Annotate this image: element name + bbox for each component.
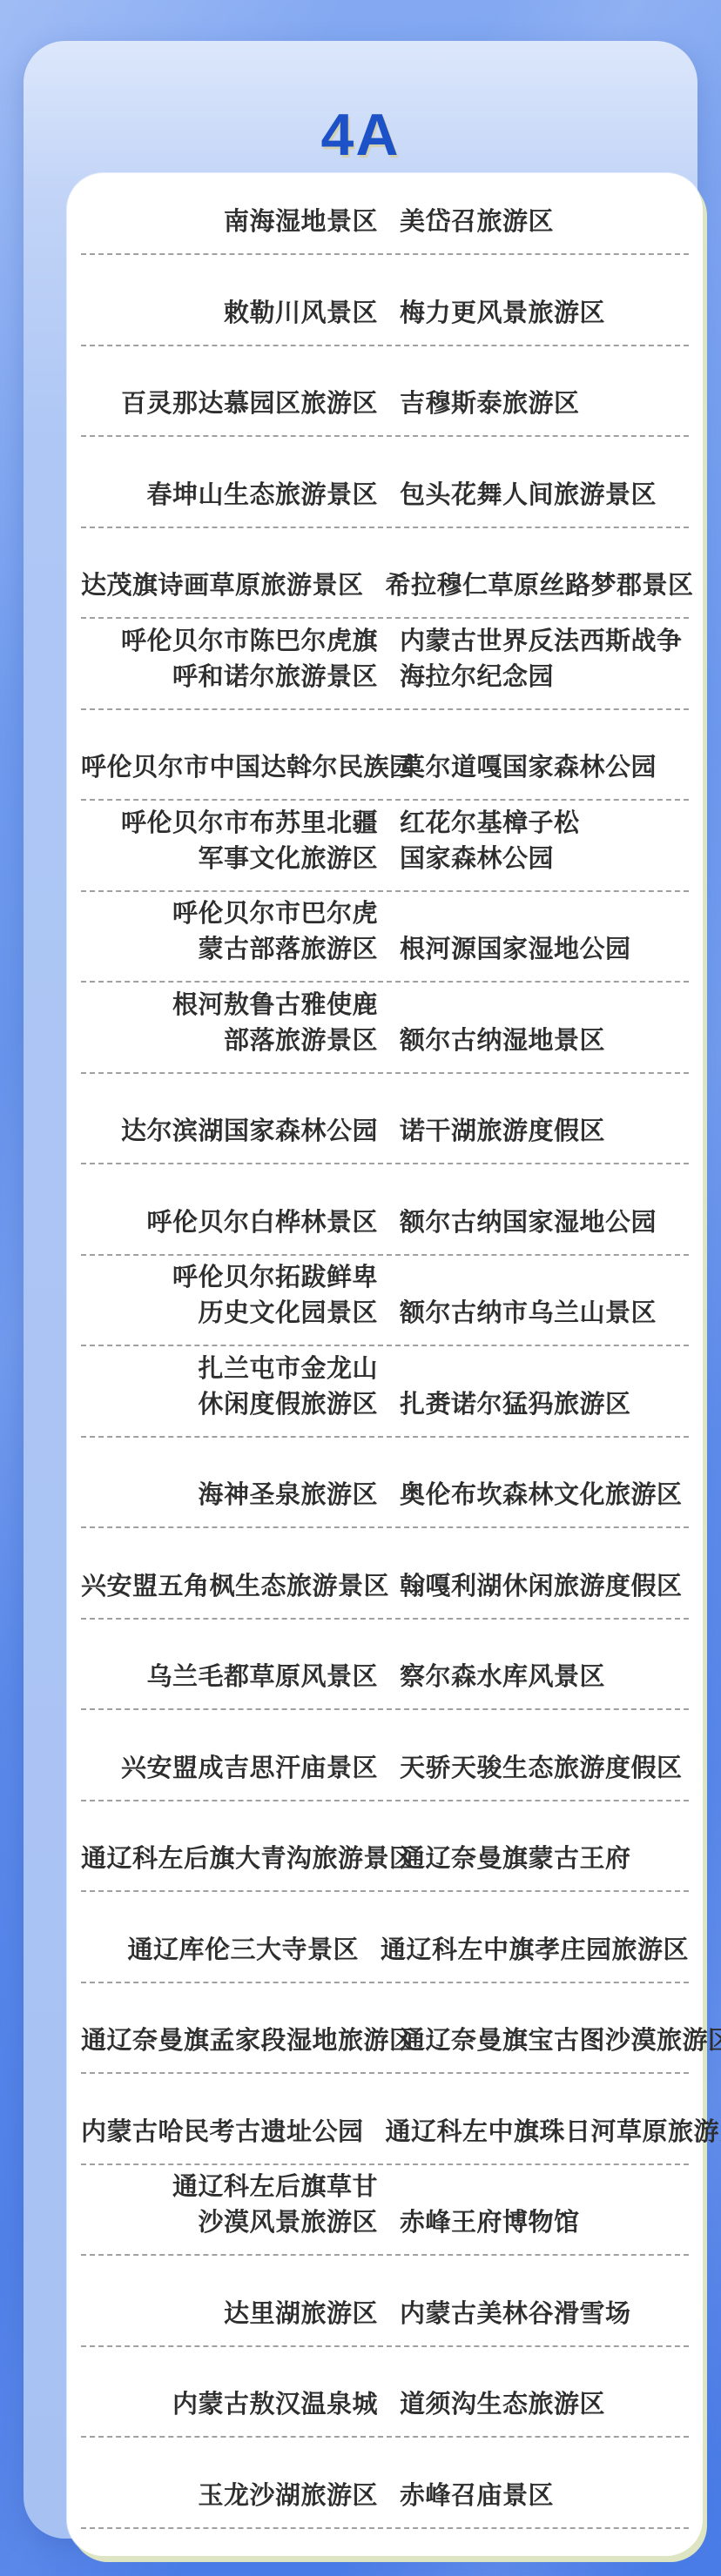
attraction-name-right: 翰嘎利湖休闲旅游度假区	[378, 1569, 689, 1605]
attraction-name-left: 呼伦贝尔拓跋鲜卑历史文化园景区	[81, 1260, 378, 1332]
attraction-name-left: 通辽库伦三大寺景区	[81, 1933, 359, 1969]
attraction-name-left: 呼伦贝尔市中国达斡尔民族园	[81, 750, 378, 786]
attraction-name: 诺干湖旅游度假区	[400, 1114, 689, 1150]
list-row: 通辽科左后旗大青沟旅游景区 通辽奈曼旗蒙古王府	[81, 1801, 689, 1893]
attraction-name: 根河源国家湿地公园	[400, 932, 689, 968]
list-row: 通辽库伦三大寺景区 通辽科左中旗孝庄园旅游区	[81, 1892, 689, 1983]
attraction-name: 内蒙古世界反法西斯战争	[400, 624, 689, 660]
attraction-name: 红花尔基樟子松	[400, 806, 689, 842]
attraction-name: 军事文化旅游区	[81, 842, 378, 877]
list-row: 百灵那达慕园区旅游区 吉穆斯泰旅游区	[81, 346, 689, 438]
attraction-name: 兴安盟五角枫生态旅游景区	[81, 1569, 378, 1605]
attraction-name-right: 内蒙古世界反法西斯战争海拉尔纪念园	[378, 624, 689, 695]
list-row: 南海湿地景区 美岱召旅游区	[81, 173, 689, 255]
attraction-name: 察尔森水库风景区	[400, 1660, 689, 1695]
attraction-name: 内蒙古美林谷滑雪场	[400, 2297, 689, 2332]
attraction-name-right: 道须沟生态旅游区	[378, 2387, 689, 2423]
page-title: 4A	[24, 104, 697, 166]
attraction-name: 春坤山生态旅游景区	[81, 478, 378, 513]
attraction-name: 呼和诺尔旅游景区	[81, 660, 378, 695]
attraction-name: 额尔古纳市乌兰山景区	[400, 1296, 689, 1332]
attraction-name-left: 内蒙古敖汉温泉城	[81, 2387, 378, 2423]
attraction-name: 蒙古部落旅游区	[81, 932, 378, 968]
attraction-name: 达尔滨湖国家森林公园	[81, 1114, 378, 1150]
attraction-name-right: 通辽奈曼旗蒙古王府	[378, 1841, 689, 1877]
attraction-name: 通辽库伦三大寺景区	[81, 1933, 359, 1969]
attraction-name-right: 天骄天骏生态旅游度假区	[378, 1751, 689, 1787]
attraction-name-right: 红花尔基樟子松国家森林公园	[378, 806, 689, 877]
attraction-name: 历史文化园景区	[81, 1296, 378, 1332]
attraction-name: 奥伦布坎森林文化旅游区	[400, 1478, 689, 1513]
attraction-name: 通辽科左中旗孝庄园旅游区	[381, 1933, 689, 1969]
attraction-name: 梅力更风景旅游区	[400, 296, 689, 332]
attraction-name-left: 兴安盟五角枫生态旅游景区	[81, 1569, 378, 1605]
attraction-name-right: 吉穆斯泰旅游区	[378, 386, 689, 422]
attraction-name-right: 察尔森水库风景区	[378, 1660, 689, 1695]
attraction-name-right: 梅力更风景旅游区	[378, 296, 689, 332]
attraction-name-right: 美岱召旅游区	[378, 205, 689, 240]
attraction-name-right: 额尔古纳国家湿地公园	[378, 1205, 689, 1241]
attraction-name: 包头花舞人间旅游景区	[400, 478, 689, 513]
attraction-name: 美岱召旅游区	[400, 205, 689, 240]
attraction-name-left: 达茂旗诗画草原旅游景区	[81, 568, 364, 604]
list-row: 通辽科左后旗草甘沙漠风景旅游区 赤峰王府博物馆	[81, 2165, 689, 2257]
list-row: 内蒙古哈民考古遗址公园 通辽科左中旗珠日河草原旅游区	[81, 2074, 689, 2165]
attraction-name-right: 奥伦布坎森林文化旅游区	[378, 1478, 689, 1513]
attraction-name-right: 额尔古纳湿地景区	[378, 1023, 689, 1059]
attraction-name: 扎兰屯市金龙山	[81, 1352, 378, 1387]
attraction-name: 海神圣泉旅游区	[81, 1478, 378, 1513]
attraction-name: 通辽科左中旗珠日河草原旅游区	[386, 2115, 721, 2150]
attraction-name: 呼伦贝尔市中国达斡尔民族园	[81, 750, 378, 786]
attraction-name: 莫尔道嘎国家森林公园	[400, 750, 689, 786]
attraction-name-left: 通辽科左后旗草甘沙漠风景旅游区	[81, 2170, 378, 2241]
attraction-name: 呼伦贝尔白桦林景区	[81, 1205, 378, 1241]
attraction-name: 翰嘎利湖休闲旅游度假区	[400, 1569, 689, 1605]
attraction-name: 呼伦贝尔市巴尔虎	[81, 896, 378, 932]
attraction-name-left: 敕勒川风景区	[81, 296, 378, 332]
attraction-name: 根河敖鲁古雅使鹿	[81, 988, 378, 1023]
list-row: 呼伦贝尔市陈巴尔虎旗呼和诺尔旅游景区 内蒙古世界反法西斯战争海拉尔纪念园	[81, 619, 689, 710]
list-row: 通辽奈曼旗孟家段湿地旅游区 通辽奈曼旗宝古图沙漠旅游区	[81, 1983, 689, 2075]
attraction-name: 额尔古纳湿地景区	[400, 1023, 689, 1059]
attraction-name: 通辽奈曼旗宝古图沙漠旅游区	[400, 2023, 721, 2059]
attraction-name: 内蒙古敖汉温泉城	[81, 2387, 378, 2423]
attraction-name: 休闲度假旅游区	[81, 1387, 378, 1423]
attraction-name: 额尔古纳国家湿地公园	[400, 1205, 689, 1241]
attraction-name-left: 百灵那达慕园区旅游区	[81, 386, 378, 422]
list-row: 呼伦贝尔市中国达斡尔民族园 莫尔道嘎国家森林公园	[81, 710, 689, 802]
attraction-name-right: 通辽奈曼旗宝古图沙漠旅游区	[378, 2023, 721, 2059]
attraction-name-right: 扎赉诺尔猛犸旅游区	[378, 1387, 689, 1423]
list-row: 呼伦贝尔白桦林景区 额尔古纳国家湿地公园	[81, 1164, 689, 1256]
attraction-name-right: 额尔古纳市乌兰山景区	[378, 1296, 689, 1332]
attraction-name-left: 南海湿地景区	[81, 205, 378, 240]
attraction-name-right: 包头花舞人间旅游景区	[378, 478, 689, 513]
list-row: 呼伦贝尔拓跋鲜卑历史文化园景区 额尔古纳市乌兰山景区	[81, 1256, 689, 1347]
list-row: 海神圣泉旅游区 奥伦布坎森林文化旅游区	[81, 1438, 689, 1529]
attraction-name: 道须沟生态旅游区	[400, 2387, 689, 2423]
attraction-name-left: 呼伦贝尔市陈巴尔虎旗呼和诺尔旅游景区	[81, 624, 378, 695]
list-row: 玉龙沙湖旅游区 赤峰召庙景区	[81, 2438, 689, 2529]
list-row: 达尔滨湖国家森林公园 诺干湖旅游度假区	[81, 1074, 689, 1165]
attraction-name: 通辽奈曼旗孟家段湿地旅游区	[81, 2023, 378, 2059]
attraction-list-card: 南海湿地景区 美岱召旅游区 敕勒川风景区 梅力更风景旅游区 百灵那达慕园区旅游区…	[67, 173, 703, 2556]
attraction-name-left: 根河敖鲁古雅使鹿部落旅游景区	[81, 988, 378, 1059]
attraction-name: 百灵那达慕园区旅游区	[81, 386, 378, 422]
content-panel: 4A 南海湿地景区 美岱召旅游区 敕勒川风景区 梅力更风景旅游区 百灵那达慕园区…	[24, 41, 697, 2539]
list-row: 达里湖旅游区 内蒙古美林谷滑雪场	[81, 2256, 689, 2347]
attraction-name-right: 诺干湖旅游度假区	[378, 1114, 689, 1150]
list-row: 根河敖鲁古雅使鹿部落旅游景区 额尔古纳湿地景区	[81, 983, 689, 1074]
attraction-name: 乌兰毛都草原风景区	[81, 1660, 378, 1695]
attraction-name-left: 玉龙沙湖旅游区	[81, 2479, 378, 2514]
attraction-name: 内蒙古哈民考古遗址公园	[81, 2115, 364, 2150]
attraction-name-left: 通辽奈曼旗孟家段湿地旅游区	[81, 2023, 378, 2059]
attraction-name-left: 呼伦贝尔市巴尔虎蒙古部落旅游区	[81, 896, 378, 968]
list-row: 内蒙古敖汉温泉城 道须沟生态旅游区	[81, 2347, 689, 2438]
attraction-name: 赤峰召庙景区	[400, 2479, 689, 2514]
attraction-name: 通辽科左后旗大青沟旅游景区	[81, 1841, 378, 1877]
attraction-rows: 南海湿地景区 美岱召旅游区 敕勒川风景区 梅力更风景旅游区 百灵那达慕园区旅游区…	[81, 173, 689, 2556]
attraction-name-left: 扎兰屯市金龙山休闲度假旅游区	[81, 1352, 378, 1423]
attraction-name: 沙漠风景旅游区	[81, 2205, 378, 2241]
attraction-name: 赤峰王府博物馆	[400, 2205, 689, 2241]
attraction-name: 扎赉诺尔猛犸旅游区	[400, 1387, 689, 1423]
attraction-name-left: 通辽科左后旗大青沟旅游景区	[81, 1841, 378, 1877]
list-row: 兴安盟成吉思汗庙景区 天骄天骏生态旅游度假区	[81, 1710, 689, 1801]
attraction-name: 玉龙沙湖旅游区	[81, 2479, 378, 2514]
attraction-name-left: 达里湖旅游区	[81, 2297, 378, 2332]
attraction-name-right: 赤峰召庙景区	[378, 2479, 689, 2514]
list-row: 敕勒川风景区 梅力更风景旅游区	[81, 255, 689, 346]
attraction-name: 呼伦贝尔市陈巴尔虎旗	[81, 624, 378, 660]
list-row: 呼伦贝尔市巴尔虎蒙古部落旅游区 根河源国家湿地公园	[81, 892, 689, 983]
list-row: 乌兰毛都草原风景区 察尔森水库风景区	[81, 1620, 689, 1711]
attraction-name-right: 通辽科左中旗孝庄园旅游区	[359, 1933, 689, 1969]
attraction-name-right: 莫尔道嘎国家森林公园	[378, 750, 689, 786]
page-background: { "page": { "title": "4A" }, "colors": {…	[0, 0, 721, 2576]
attraction-name: 敕勒川风景区	[81, 296, 378, 332]
attraction-name: 呼伦贝尔拓跋鲜卑	[81, 1260, 378, 1296]
attraction-name: 达里湖旅游区	[81, 2297, 378, 2332]
attraction-name-right: 赤峰王府博物馆	[378, 2205, 689, 2241]
list-row: 呼伦贝尔市布苏里北疆军事文化旅游区 红花尔基樟子松国家森林公园	[81, 801, 689, 892]
attraction-name: 天骄天骏生态旅游度假区	[400, 1751, 689, 1787]
attraction-name-right: 通辽科左中旗珠日河草原旅游区	[364, 2115, 721, 2150]
attraction-name: 海拉尔纪念园	[400, 660, 689, 695]
attraction-name-left: 海神圣泉旅游区	[81, 1478, 378, 1513]
attraction-name-left: 呼伦贝尔白桦林景区	[81, 1205, 378, 1241]
attraction-name-left: 春坤山生态旅游景区	[81, 478, 378, 513]
attraction-name-right: 根河源国家湿地公园	[378, 932, 689, 968]
attraction-name: 希拉穆仁草原丝路梦郡景区	[386, 568, 694, 604]
attraction-name: 通辽奈曼旗蒙古王府	[400, 1841, 689, 1877]
attraction-name: 国家森林公园	[400, 842, 689, 877]
list-row: 达茂旗诗画草原旅游景区 希拉穆仁草原丝路梦郡景区	[81, 528, 689, 620]
list-row: 春坤山生态旅游景区 包头花舞人间旅游景区	[81, 437, 689, 528]
attraction-name: 达茂旗诗画草原旅游景区	[81, 568, 364, 604]
attraction-name: 通辽科左后旗草甘	[81, 2170, 378, 2205]
attraction-name: 呼伦贝尔市布苏里北疆	[81, 806, 378, 842]
attraction-name-left: 呼伦贝尔市布苏里北疆军事文化旅游区	[81, 806, 378, 877]
list-row: 兴安盟五角枫生态旅游景区 翰嘎利湖休闲旅游度假区	[81, 1528, 689, 1620]
attraction-name-right: 内蒙古美林谷滑雪场	[378, 2297, 689, 2332]
attraction-name-left: 乌兰毛都草原风景区	[81, 1660, 378, 1695]
attraction-name: 吉穆斯泰旅游区	[400, 386, 689, 422]
attraction-name: 南海湿地景区	[81, 205, 378, 240]
attraction-name-left: 内蒙古哈民考古遗址公园	[81, 2115, 364, 2150]
attraction-name-left: 达尔滨湖国家森林公园	[81, 1114, 378, 1150]
attraction-name: 兴安盟成吉思汗庙景区	[81, 1751, 378, 1787]
attraction-name-right: 希拉穆仁草原丝路梦郡景区	[364, 568, 694, 604]
list-row: 扎兰屯市金龙山休闲度假旅游区 扎赉诺尔猛犸旅游区	[81, 1346, 689, 1438]
attraction-name: 部落旅游景区	[81, 1023, 378, 1059]
attraction-name-left: 兴安盟成吉思汗庙景区	[81, 1751, 378, 1787]
